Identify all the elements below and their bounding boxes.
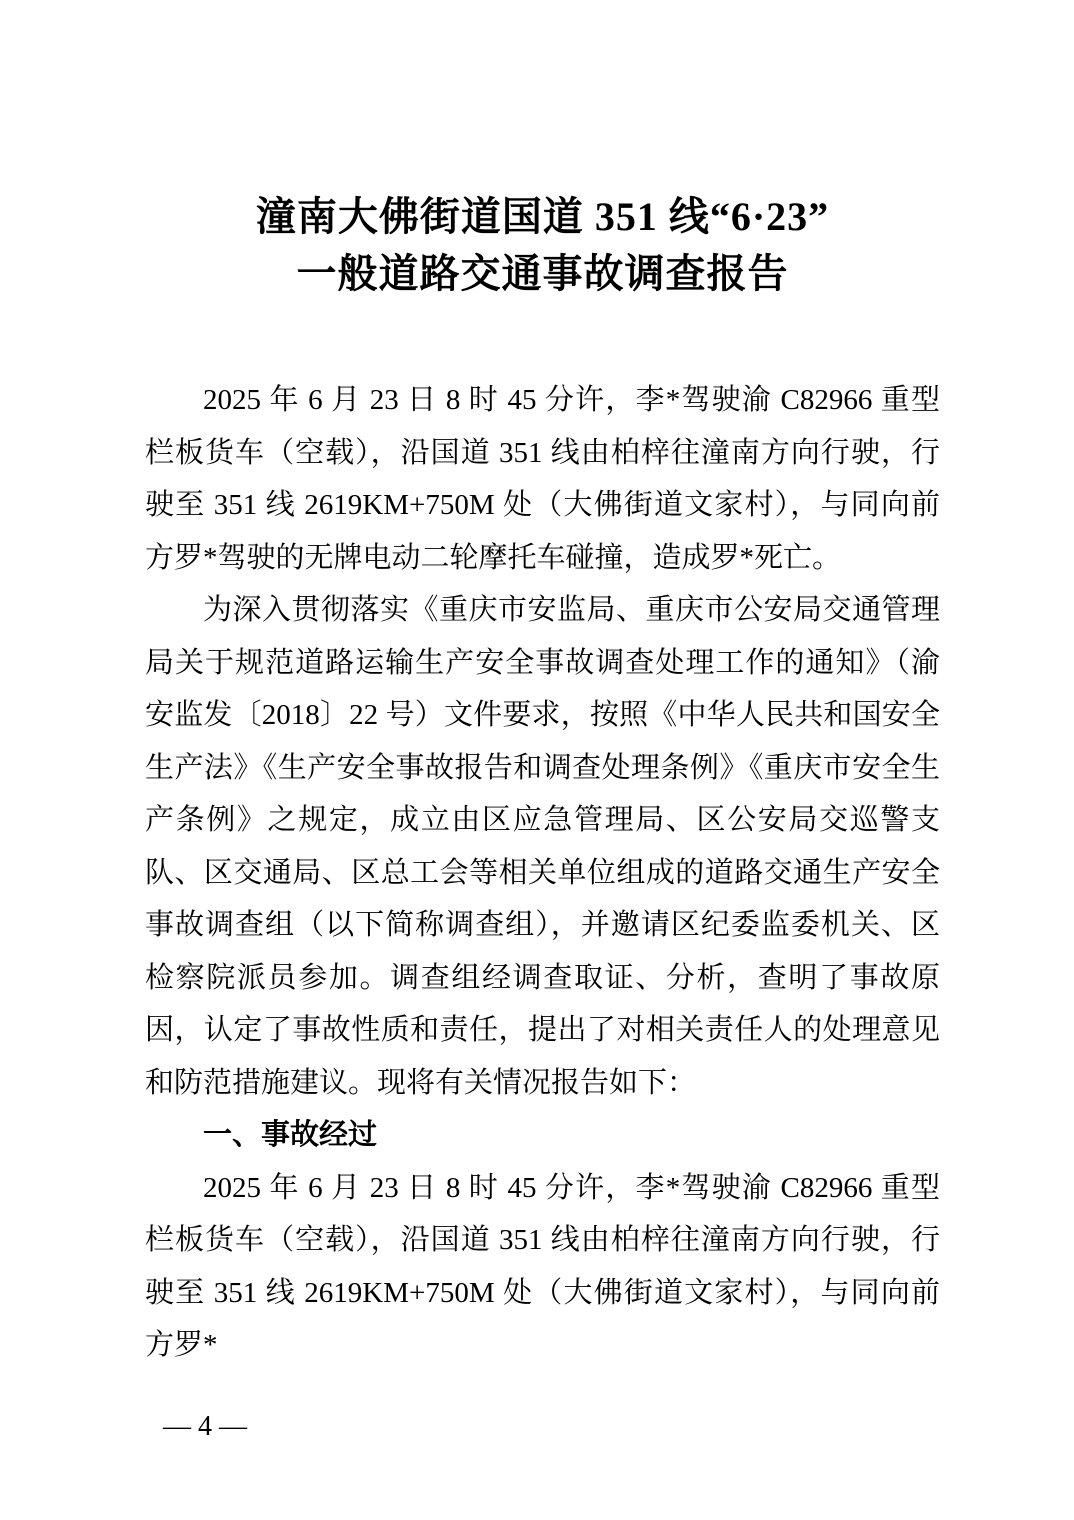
paragraph-accident-course: 2025 年 6 月 23 日 8 时 45 分许，李*驾驶渝 C82966 重… xyxy=(145,1162,940,1372)
paragraph-accident-summary: 2025 年 6 月 23 日 8 时 45 分许，李*驾驶渝 C82966 重… xyxy=(145,374,940,584)
section-heading-accident-course: 一、事故经过 xyxy=(145,1109,940,1162)
document-title: 潼南大佛街道国道 351 线“6·23” 一般道路交通事故调查报告 xyxy=(145,188,940,302)
document-content: 潼南大佛街道国道 351 线“6·23” 一般道路交通事故调查报告 2025 年… xyxy=(0,0,1074,1372)
paragraph-investigation-background: 为深入贯彻落实《重庆市安监局、重庆市公安局交通管理局关于规范道路运输生产安全事故… xyxy=(145,584,940,1109)
title-line-1: 潼南大佛街道国道 351 线“6·23” xyxy=(145,188,940,245)
document-body: 2025 年 6 月 23 日 8 时 45 分许，李*驾驶渝 C82966 重… xyxy=(145,374,940,1372)
page-number: — 4 — xyxy=(163,1410,247,1444)
title-line-2: 一般道路交通事故调查报告 xyxy=(145,245,940,302)
document-page: 潼南大佛街道国道 351 线“6·23” 一般道路交通事故调查报告 2025 年… xyxy=(0,0,1074,1520)
